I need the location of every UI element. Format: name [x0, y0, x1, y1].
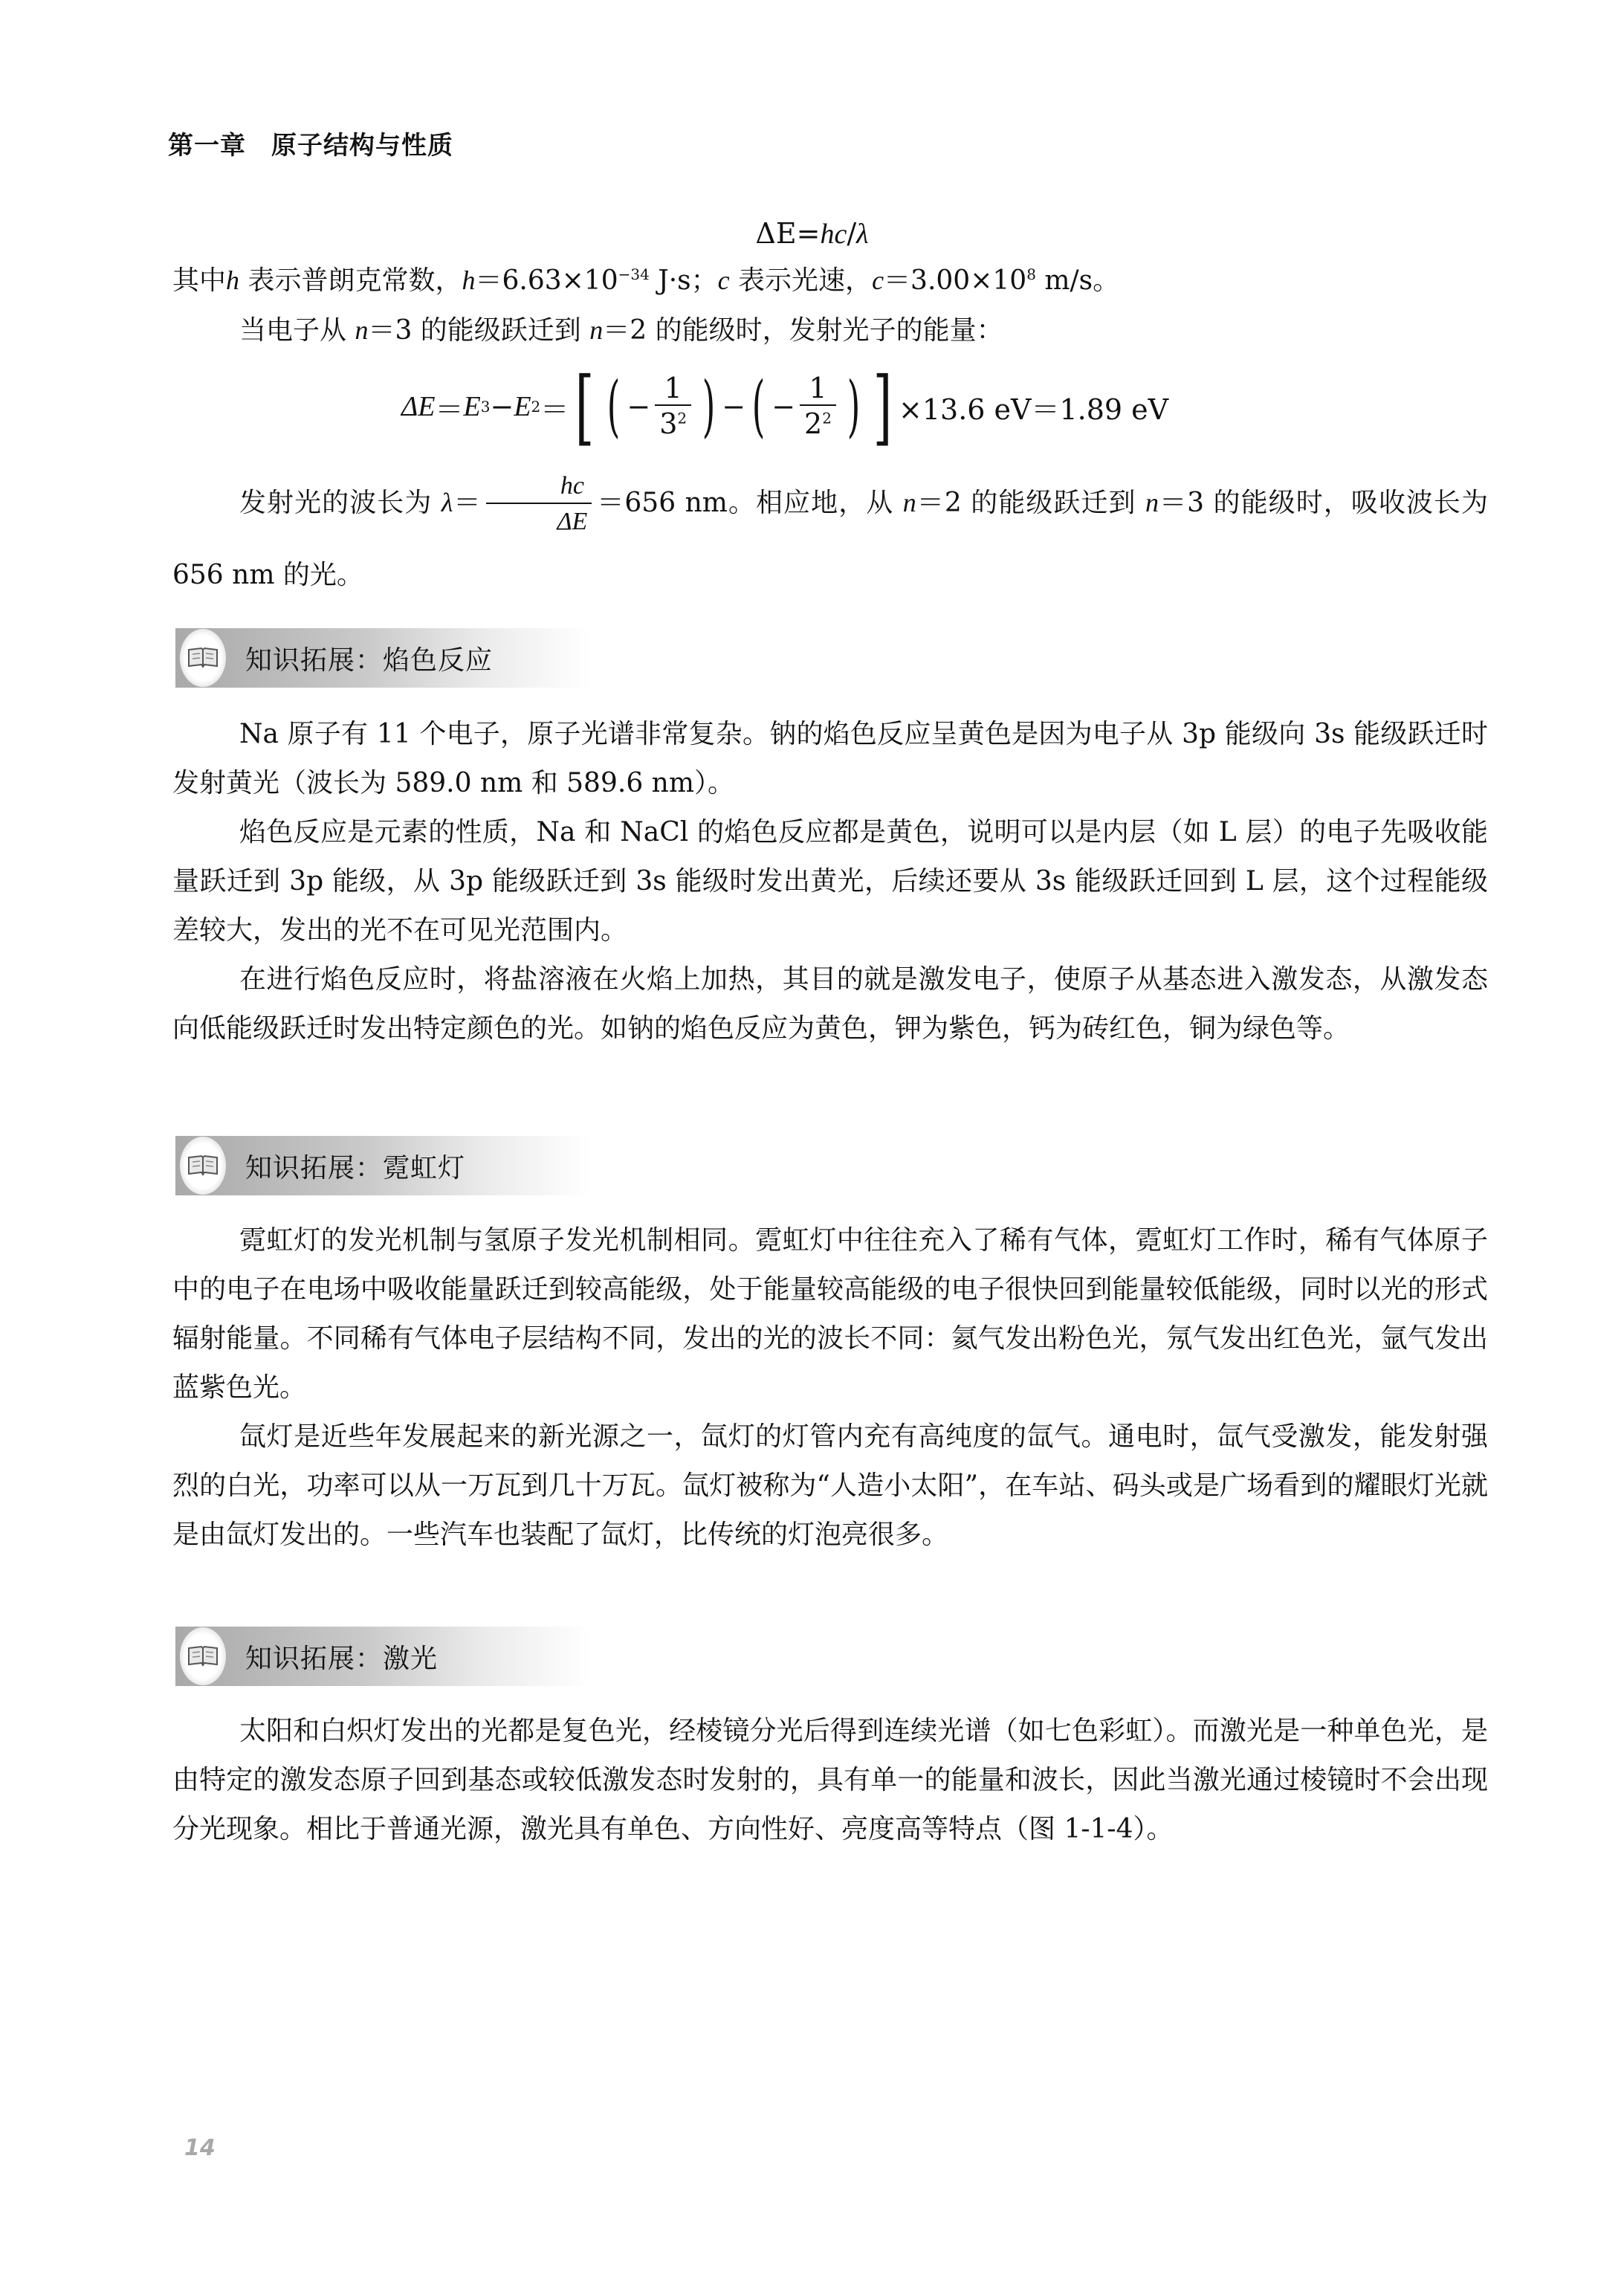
text: 表示普朗克常数，	[239, 265, 462, 296]
base: 3	[659, 407, 677, 440]
open-book-icon-glyph	[187, 1644, 219, 1669]
left-paren: (	[752, 373, 766, 440]
symbol-n: n	[903, 488, 916, 517]
paragraph-constants: 其中h 表示普朗克常数，h＝6.63×10−34 J·s；c 表示光速，c＝3.…	[172, 256, 1488, 306]
text: ＝2 的能级跃迁到	[916, 488, 1145, 518]
text: ＝3.00×10	[884, 265, 1026, 296]
section-title: 知识拓展：焰色反应	[245, 639, 493, 677]
text: 发射光的波长为	[239, 488, 441, 518]
exponent: −34	[618, 265, 650, 283]
symbol-n: n	[1145, 488, 1159, 517]
paragraph: 焰色反应是元素的性质，Na 和 NaCl 的焰色反应都是黄色，说明可以是内层（如…	[172, 808, 1488, 955]
eq-neg: −	[771, 390, 795, 423]
base: 2	[804, 407, 822, 440]
text: 表示光速，	[730, 265, 872, 296]
text: ＝2 的能级时，发射光子的能量：	[603, 315, 1003, 346]
right-paren: )	[847, 373, 861, 440]
intro-text: 其中h 表示普朗克常数，h＝6.63×10−34 J·s；c 表示光速，c＝3.…	[172, 256, 1488, 355]
exponent: 8	[1026, 265, 1036, 283]
text: ＝3 的能级跃迁到	[368, 315, 589, 346]
eq-sign: ＝	[540, 387, 569, 427]
exponent: 2	[677, 409, 687, 427]
text: ＝656 nm。相应地，从	[596, 488, 902, 518]
running-header: 第一章原子结构与性质	[168, 125, 453, 161]
paragraph: 氙灯是近些年发展起来的新光源之一，氙灯的灯管内充有高纯度的氙气。通电时，氙气受激…	[172, 1412, 1488, 1560]
fraction-1-over-3sq: 1 32	[655, 372, 691, 442]
equation-photon-energy: ΔE=hc/λ	[0, 217, 1624, 251]
open-book-icon	[180, 629, 226, 687]
eq-lhs: ΔE	[401, 390, 436, 423]
eq-sign: =	[797, 217, 821, 250]
left-bracket: [	[575, 369, 595, 444]
symbol-h: h	[226, 265, 239, 295]
exponent: 2	[822, 409, 832, 427]
section-body-flame-test: Na 原子有 11 个电子，原子光谱非常复杂。钠的焰色反应呈黄色是因为电子从 3…	[172, 710, 1488, 1053]
eq-result: ×13.6 eV＝1.89 eV	[899, 387, 1168, 427]
fraction-hc-over-deltaE: hcΔE	[486, 470, 592, 540]
symbol-lambda: λ	[441, 488, 453, 517]
paragraph: 太阳和白炽灯发出的光都是复色光，经棱镜分光后得到连续光谱（如七色彩虹）。而激光是…	[172, 1707, 1488, 1854]
text: 当电子从	[239, 315, 355, 346]
symbol-n: n	[355, 315, 368, 345]
section-header-neon-lamp: 知识拓展：霓虹灯	[175, 1136, 592, 1195]
text: m/s。	[1036, 265, 1119, 296]
fraction-1-over-2sq: 1 22	[800, 372, 836, 442]
text: J·s；	[650, 265, 718, 296]
symbol-h: h	[462, 265, 475, 295]
symbol-n: n	[589, 315, 603, 345]
eq-minus: −	[722, 390, 745, 423]
denominator: 32	[655, 404, 691, 442]
page-number: 14	[184, 2135, 216, 2161]
denominator: 22	[800, 404, 836, 442]
open-book-icon	[180, 1627, 226, 1685]
numerator: 1	[804, 372, 831, 404]
left-paren: (	[607, 373, 621, 440]
eq-hc: hc	[820, 219, 847, 250]
eq-E2: E	[514, 390, 531, 423]
eq-sign: ＝	[453, 488, 481, 518]
eq-slash: /	[847, 217, 856, 250]
eq-lhs: ΔE	[755, 217, 796, 250]
right-bracket: ]	[873, 369, 893, 444]
section-title: 知识拓展：激光	[245, 1638, 438, 1676]
textbook-page: 第一章原子结构与性质 ΔE=hc/λ 其中h 表示普朗克常数，h＝6.63×10…	[0, 0, 1624, 2283]
section-title: 知识拓展：霓虹灯	[245, 1147, 465, 1185]
paragraph: 霓虹灯的发光机制与氢原子发光机制相同。霓虹灯中往往充入了稀有气体，霓虹灯工作时，…	[172, 1216, 1488, 1412]
paragraph-wavelength: 发射光的波长为 λ＝hcΔE＝656 nm。相应地，从 n＝2 的能级跃迁到 n…	[172, 467, 1488, 611]
paragraph: Na 原子有 11 个电子，原子光谱非常复杂。钠的焰色反应呈黄色是因为电子从 3…	[172, 710, 1488, 808]
equation-energy-difference: ΔE ＝ E3 − E2 ＝ [ ( − 1 32 ) − ( − 1 22 )…	[401, 358, 1168, 455]
section-body-laser: 太阳和白炽灯发出的光都是复色光，经棱镜分光后得到连续光谱（如七色彩虹）。而激光是…	[172, 1707, 1488, 1854]
symbol-c: c	[872, 265, 884, 295]
wavelength-text: 发射光的波长为 λ＝hcΔE＝656 nm。相应地，从 n＝2 的能级跃迁到 n…	[172, 467, 1488, 611]
denominator: ΔE	[486, 503, 592, 540]
chapter-number: 第一章	[168, 131, 246, 161]
text: 其中	[172, 265, 226, 296]
eq-neg: −	[627, 390, 650, 423]
numerator: hc	[489, 470, 589, 503]
open-book-icon-glyph	[187, 645, 219, 671]
open-book-icon-glyph	[187, 1153, 219, 1178]
eq-minus: −	[490, 390, 514, 423]
open-book-icon	[180, 1137, 226, 1195]
right-paren: )	[702, 373, 716, 440]
chapter-title: 原子结构与性质	[271, 131, 453, 161]
section-body-neon-lamp: 霓虹灯的发光机制与氢原子发光机制相同。霓虹灯中往往充入了稀有气体，霓虹灯工作时，…	[172, 1216, 1488, 1560]
eq-sign: ＝	[436, 387, 464, 427]
section-header-flame-test: 知识拓展：焰色反应	[175, 628, 592, 688]
eq-lambda: λ	[856, 219, 868, 250]
section-header-laser: 知识拓展：激光	[175, 1627, 592, 1686]
paragraph: 在进行焰色反应时，将盐溶液在火焰上加热，其目的就是激发电子，使原子从基态进入激发…	[172, 955, 1488, 1053]
numerator: 1	[660, 372, 687, 404]
eq-E3: E	[464, 390, 481, 423]
paragraph-transition: 当电子从 n＝3 的能级跃迁到 n＝2 的能级时，发射光子的能量：	[172, 306, 1488, 355]
text: ＝6.63×10	[475, 265, 618, 296]
symbol-c: c	[718, 265, 730, 295]
